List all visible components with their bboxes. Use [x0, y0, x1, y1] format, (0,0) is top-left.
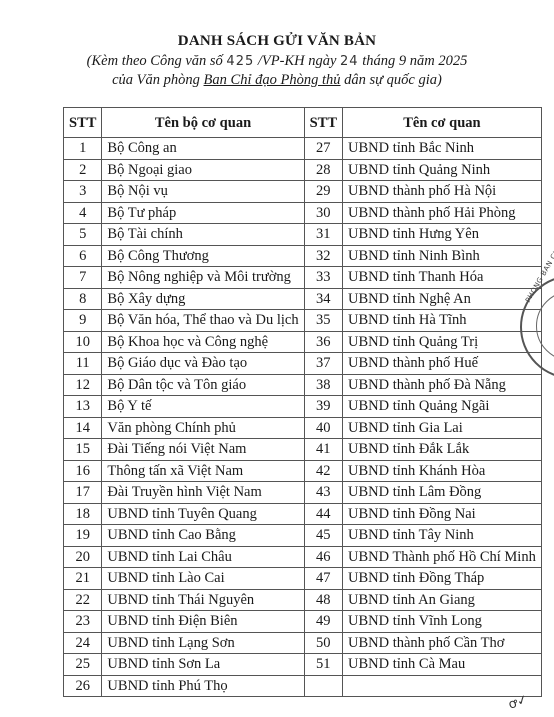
cell-agency-name: UBND thành phố Đà Nẵng: [343, 374, 542, 396]
cell-agency-name: UBND tỉnh Lâm Đồng: [343, 482, 542, 504]
cell-stt-right: 29: [304, 181, 342, 203]
cell-stt-right: 41: [304, 439, 342, 461]
cell-stt-left: 2: [64, 159, 102, 181]
cell-ministry-name: UBND tỉnh Sơn La: [102, 654, 304, 676]
cell-stt-right: [304, 675, 342, 697]
header-stt-2: STT: [304, 108, 342, 138]
cell-agency-name: UBND tỉnh Hưng Yên: [343, 224, 542, 246]
cell-agency-name: UBND tỉnh Bắc Ninh: [343, 138, 542, 160]
cell-ministry-name: Bộ Tài chính: [102, 224, 304, 246]
cell-agency-name: UBND thành phố Hải Phòng: [343, 202, 542, 224]
cell-stt-left: 25: [64, 654, 102, 676]
cell-ministry-name: UBND tỉnh Thái Nguyên: [102, 589, 304, 611]
table-body: 1Bộ Công an27UBND tỉnh Bắc Ninh2Bộ Ngoại…: [64, 138, 542, 697]
table-row: 26UBND tỉnh Phú Thọ: [64, 675, 542, 697]
cell-stt-left: 21: [64, 568, 102, 590]
cell-stt-right: 48: [304, 589, 342, 611]
table-row: 4Bộ Tư pháp30UBND thành phố Hải Phòng: [64, 202, 542, 224]
cell-ministry-name: Bộ Ngoại giao: [102, 159, 304, 181]
cell-agency-name: UBND tỉnh Đồng Tháp: [343, 568, 542, 590]
cell-ministry-name: Bộ Giáo dục và Đào tạo: [102, 353, 304, 375]
cell-stt-right: 43: [304, 482, 342, 504]
cell-stt-right: 42: [304, 460, 342, 482]
cell-stt-right: 47: [304, 568, 342, 590]
cell-ministry-name: Bộ Xây dựng: [102, 288, 304, 310]
cell-stt-right: 34: [304, 288, 342, 310]
cell-stt-left: 15: [64, 439, 102, 461]
cell-agency-name: UBND tỉnh Nghệ An: [343, 288, 542, 310]
table-row: 5Bộ Tài chính31UBND tỉnh Hưng Yên: [64, 224, 542, 246]
table-row: 1Bộ Công an27UBND tỉnh Bắc Ninh: [64, 138, 542, 160]
cell-ministry-name: Bộ Nông nghiệp và Môi trường: [102, 267, 304, 289]
table-row: 12Bộ Dân tộc và Tôn giáo38UBND thành phố…: [64, 374, 542, 396]
cell-stt-left: 8: [64, 288, 102, 310]
cell-stt-left: 22: [64, 589, 102, 611]
table-row: 7Bộ Nông nghiệp và Môi trường33UBND tỉnh…: [64, 267, 542, 289]
cell-ministry-name: UBND tỉnh Cao Bằng: [102, 525, 304, 547]
cell-ministry-name: Văn phòng Chính phủ: [102, 417, 304, 439]
cell-stt-left: 16: [64, 460, 102, 482]
cell-ministry-name: Đài Tiếng nói Việt Nam: [102, 439, 304, 461]
doc-number-handwritten: 425: [226, 54, 254, 69]
table-row: 13Bộ Y tế39UBND tỉnh Quảng Ngãi: [64, 396, 542, 418]
subtitle2-underlined: Ban Chỉ đạo Phòng thủ: [204, 72, 341, 88]
cell-stt-left: 14: [64, 417, 102, 439]
table-row: 23UBND tỉnh Điện Biên49UBND tỉnh Vĩnh Lo…: [64, 611, 542, 633]
cell-stt-right: 38: [304, 374, 342, 396]
cell-stt-left: 3: [64, 181, 102, 203]
cell-agency-name: UBND tỉnh Thanh Hóa: [343, 267, 542, 289]
cell-agency-name: UBND tỉnh Đồng Nai: [343, 503, 542, 525]
cell-stt-left: 13: [64, 396, 102, 418]
table-row: 24UBND tỉnh Lạng Sơn50UBND thành phố Cần…: [64, 632, 542, 654]
cell-agency-name: UBND tỉnh Khánh Hòa: [343, 460, 542, 482]
cell-stt-left: 9: [64, 310, 102, 332]
cell-agency-name: UBND tỉnh Gia Lai: [343, 417, 542, 439]
cell-stt-right: 46: [304, 546, 342, 568]
table-row: 11Bộ Giáo dục và Đào tạo37UBND thành phố…: [64, 353, 542, 375]
cell-ministry-name: Bộ Công Thương: [102, 245, 304, 267]
cell-agency-name: UBND tỉnh Quảng Trị: [343, 331, 542, 353]
table-row: 2Bộ Ngoại giao28UBND tỉnh Quảng Ninh: [64, 159, 542, 181]
cell-ministry-name: UBND tỉnh Tuyên Quang: [102, 503, 304, 525]
table-row: 22UBND tỉnh Thái Nguyên48UBND tỉnh An Gi…: [64, 589, 542, 611]
cell-ministry-name: Bộ Tư pháp: [102, 202, 304, 224]
cell-stt-right: 39: [304, 396, 342, 418]
cell-agency-name: UBND tỉnh Tây Ninh: [343, 525, 542, 547]
cell-stt-left: 19: [64, 525, 102, 547]
cell-ministry-name: Bộ Y tế: [102, 396, 304, 418]
table-row: 25UBND tỉnh Sơn La51UBND tỉnh Cà Mau: [64, 654, 542, 676]
table-row: 3Bộ Nội vụ29UBND thành phố Hà Nội: [64, 181, 542, 203]
cell-ministry-name: Thông tấn xã Việt Nam: [102, 460, 304, 482]
document-subtitle-line1: (Kèm theo Công văn số 425 /VP-KH ngày 24…: [0, 53, 554, 70]
cell-stt-left: 10: [64, 331, 102, 353]
cell-agency-name: UBND thành phố Cần Thơ: [343, 632, 542, 654]
header-agency-name: Tên cơ quan: [343, 108, 542, 138]
cell-ministry-name: UBND tỉnh Lai Châu: [102, 546, 304, 568]
cell-stt-right: 32: [304, 245, 342, 267]
subtitle-suffix: tháng 9 năm 2025: [362, 53, 467, 69]
cell-stt-right: 35: [304, 310, 342, 332]
cell-stt-right: 51: [304, 654, 342, 676]
cell-agency-name: UBND tỉnh Đắk Lắk: [343, 439, 542, 461]
table-header-row: STT Tên bộ cơ quan STT Tên cơ quan: [64, 108, 542, 138]
cell-agency-name: UBND tỉnh Quảng Ninh: [343, 159, 542, 181]
cell-stt-left: 23: [64, 611, 102, 633]
header-ministry-name: Tên bộ cơ quan: [102, 108, 304, 138]
cell-ministry-name: UBND tỉnh Phú Thọ: [102, 675, 304, 697]
cell-stt-right: 36: [304, 331, 342, 353]
cell-stt-left: 17: [64, 482, 102, 504]
cell-stt-right: 44: [304, 503, 342, 525]
cell-stt-left: 20: [64, 546, 102, 568]
cell-stt-left: 4: [64, 202, 102, 224]
cell-agency-name: UBND thành phố Huế: [343, 353, 542, 375]
cell-ministry-name: UBND tỉnh Lạng Sơn: [102, 632, 304, 654]
cell-ministry-name: Bộ Dân tộc và Tôn giáo: [102, 374, 304, 396]
table-row: 8Bộ Xây dựng34UBND tỉnh Nghệ An: [64, 288, 542, 310]
table-row: 16Thông tấn xã Việt Nam42UBND tỉnh Khánh…: [64, 460, 542, 482]
subtitle2-suffix: dân sự quốc gia): [344, 72, 442, 88]
document-title: DANH SÁCH GỬI VĂN BẢN: [0, 33, 554, 50]
cell-stt-left: 12: [64, 374, 102, 396]
day-handwritten: 24: [340, 54, 359, 69]
cell-ministry-name: Bộ Khoa học và Công nghệ: [102, 331, 304, 353]
cell-ministry-name: UBND tỉnh Lào Cai: [102, 568, 304, 590]
document-subtitle-line2: của Văn phòng Ban Chỉ đạo Phòng thủ dân …: [0, 72, 554, 89]
cell-agency-name: UBND tỉnh Quảng Ngãi: [343, 396, 542, 418]
cell-stt-right: 50: [304, 632, 342, 654]
cell-agency-name: UBND thành phố Hà Nội: [343, 181, 542, 203]
table-row: 19UBND tỉnh Cao Bằng45UBND tỉnh Tây Ninh: [64, 525, 542, 547]
cell-agency-name: UBND tỉnh Ninh Bình: [343, 245, 542, 267]
subtitle-mid: /VP-KH ngày: [258, 53, 337, 69]
cell-stt-right: 27: [304, 138, 342, 160]
cell-stt-left: 18: [64, 503, 102, 525]
subtitle-prefix: (Kèm theo Công văn số: [87, 53, 223, 69]
cell-stt-right: 30: [304, 202, 342, 224]
cell-agency-name: UBND tỉnh Cà Mau: [343, 654, 542, 676]
cell-stt-right: 40: [304, 417, 342, 439]
cell-stt-right: 49: [304, 611, 342, 633]
table-row: 15Đài Tiếng nói Việt Nam41UBND tỉnh Đắk …: [64, 439, 542, 461]
cell-ministry-name: Bộ Nội vụ: [102, 181, 304, 203]
subtitle2-prefix: của Văn phòng: [112, 72, 200, 88]
table-row: 18UBND tỉnh Tuyên Quang44UBND tỉnh Đồng …: [64, 503, 542, 525]
recipient-table: STT Tên bộ cơ quan STT Tên cơ quan 1Bộ C…: [63, 107, 542, 697]
table-row: 14Văn phòng Chính phủ40UBND tỉnh Gia Lai: [64, 417, 542, 439]
cell-ministry-name: Bộ Công an: [102, 138, 304, 160]
table-row: 20UBND tỉnh Lai Châu46UBND Thành phố Hồ …: [64, 546, 542, 568]
cell-stt-left: 11: [64, 353, 102, 375]
table-row: 9Bộ Văn hóa, Thể thao và Du lịch35UBND t…: [64, 310, 542, 332]
table-row: 21UBND tỉnh Lào Cai47UBND tỉnh Đồng Tháp: [64, 568, 542, 590]
cell-stt-left: 6: [64, 245, 102, 267]
cell-stt-left: 26: [64, 675, 102, 697]
cell-agency-name: UBND tỉnh An Giang: [343, 589, 542, 611]
cell-ministry-name: Đài Truyền hình Việt Nam: [102, 482, 304, 504]
cell-ministry-name: Bộ Văn hóa, Thể thao và Du lịch: [102, 310, 304, 332]
table-row: 17Đài Truyền hình Việt Nam43UBND tỉnh Lâ…: [64, 482, 542, 504]
cell-stt-right: 45: [304, 525, 342, 547]
cell-ministry-name: UBND tỉnh Điện Biên: [102, 611, 304, 633]
cell-stt-right: 37: [304, 353, 342, 375]
cell-stt-right: 33: [304, 267, 342, 289]
cell-agency-name: UBND tỉnh Hà Tĩnh: [343, 310, 542, 332]
header-stt-1: STT: [64, 108, 102, 138]
cell-stt-left: 24: [64, 632, 102, 654]
table-row: 10Bộ Khoa học và Công nghệ36UBND tỉnh Qu…: [64, 331, 542, 353]
cell-agency-name: UBND Thành phố Hồ Chí Minh: [343, 546, 542, 568]
cell-stt-right: 31: [304, 224, 342, 246]
cell-stt-left: 5: [64, 224, 102, 246]
cell-stt-left: 1: [64, 138, 102, 160]
cell-agency-name: UBND tỉnh Vĩnh Long: [343, 611, 542, 633]
cell-stt-right: 28: [304, 159, 342, 181]
cell-stt-left: 7: [64, 267, 102, 289]
table-row: 6Bộ Công Thương32UBND tỉnh Ninh Bình: [64, 245, 542, 267]
